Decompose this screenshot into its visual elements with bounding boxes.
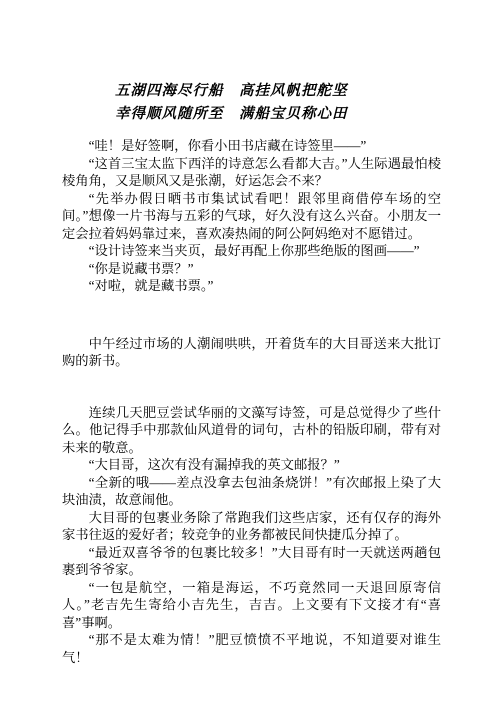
paragraph: 中午经过市场的人潮闹哄哄，开着货车的大目哥送来大批订购的新书。: [62, 335, 441, 370]
story-body: “哇！是好签啊，你看小田书店藏在诗签里——” “这首三宝太监下西洋的诗意怎么看都…: [62, 137, 441, 666]
paragraph: “你是说藏书票？”: [62, 260, 441, 278]
story-section: 连续几天肥豆尝试华丽的文藻写诗签，可是总觉得少了些什么。他记得手中那款仙风道骨的…: [62, 404, 441, 667]
paragraph: 连续几天肥豆尝试华丽的文藻写诗签，可是总觉得少了些什么。他记得手中那款仙风道骨的…: [62, 404, 441, 457]
book-page: 五湖四海尽行船 高挂风帆把舵坚 幸得顺风随所至 满船宝贝称心田 “哇！是好签啊，…: [0, 0, 501, 711]
paragraph: “设计诗签来当夹页，最好再配上你那些绝版的图画——”: [62, 242, 441, 260]
paragraph: “最近双喜爷爷的包裹比较多！”大目哥有时一天就送两趟包裹到爷爷家。: [62, 544, 441, 579]
paragraph: 大目哥的包裹业务除了常跑我们这些店家，还有仅存的海外家书往返的爱好者；较竞争的业…: [62, 509, 441, 544]
poem-line: 五湖四海尽行船 高挂风帆把舵坚: [115, 80, 441, 103]
paragraph: “大目哥，这次有没有漏掉我的英文邮报？”: [62, 456, 441, 474]
paragraph: “全新的哦——差点没拿去包油条烧饼！”有次邮报上染了大块油渍，故意闹他。: [62, 474, 441, 509]
transition-section: 中午经过市场的人潮闹哄哄，开着货车的大目哥送来大批订购的新书。: [62, 335, 441, 370]
paragraph: “那不是太难为情！”肥豆愤愤不平地说，不知道要对谁生气！: [62, 631, 441, 666]
paragraph: “先举办假日晒书市集试试看吧！跟邻里商借停车场的空间。”想像一片书海与五彩的气球…: [62, 190, 441, 243]
paragraph: “这首三宝太监下西洋的诗意怎么看都大吉。”人生际遇最怕棱棱角角，又是顺风又是张潮…: [62, 155, 441, 190]
poem-line: 幸得顺风随所至 满船宝贝称心田: [115, 103, 441, 126]
dialogue-section: “哇！是好签啊，你看小田书店藏在诗签里——” “这首三宝太监下西洋的诗意怎么看都…: [62, 137, 441, 295]
poem-block: 五湖四海尽行船 高挂风帆把舵坚 幸得顺风随所至 满船宝贝称心田: [115, 80, 441, 126]
paragraph: “一包是航空，一箱是海运，不巧竟然同一天退回原寄信人。”老吉先生寄给小吉先生，吉…: [62, 579, 441, 632]
paragraph: “对啦，就是藏书票。”: [62, 277, 441, 295]
paragraph: “哇！是好签啊，你看小田书店藏在诗签里——”: [62, 137, 441, 155]
